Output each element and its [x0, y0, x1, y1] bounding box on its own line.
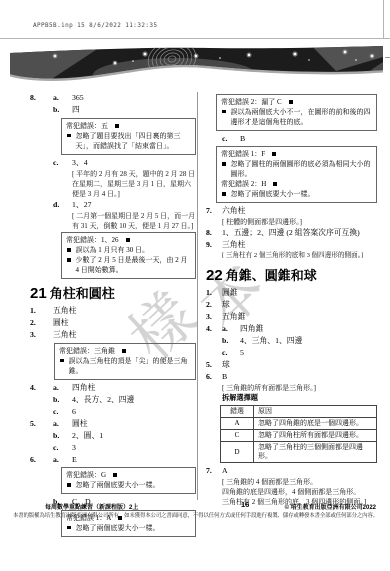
mc-analysis-table: 錯選 原因 A 忽略了四角錐的底是一個四邊形。 C 忽略了四角柱所有面都是四邊形… [220, 405, 377, 463]
answer-text: 三角柱 [53, 329, 76, 341]
table-cell-reason: 忽略了四角錐的底是一個四邊形。 [254, 418, 377, 430]
trim-line-horizontal [0, 38, 390, 39]
bullet-icon [67, 526, 71, 530]
table-row: D 忽略了三角柱的三個側面都是四邊形。 [221, 442, 377, 463]
answer-21-4b-row: b. 4、長方、2、四邊 [30, 394, 196, 406]
answer-text: 五角錐 [222, 311, 245, 323]
error-box-title-row: 常犯錯誤：五 [66, 121, 191, 131]
answer-22-4a-row: 4. a. 四角錐 [206, 323, 377, 335]
part-label: a. [53, 92, 72, 104]
answer-explanation: [ 三角錐的所有面都是三角形。] [222, 383, 377, 393]
error-box-title-row: 常犯錯誤：1、26 [66, 235, 191, 245]
part-label: b. [53, 394, 72, 406]
answer-text: 四 [72, 104, 80, 116]
error-box-title: 常犯錯誤：三角錐 [59, 346, 115, 356]
mc-analysis-label: 拆解選擇題 [222, 393, 377, 404]
bullet-icon [222, 110, 226, 114]
answer-22-4c-row: c. 5 [206, 347, 377, 359]
answer-21-9-row: 9. 三角柱 [206, 239, 377, 251]
part-label: a. [53, 382, 72, 394]
error-box-item-text: 誤以為 1 月只有 30 日。 [76, 245, 150, 255]
part-label: c. [53, 442, 72, 454]
answer-explanation: [ 三角柱有 2 個三角形的底和 3 個四邊形的側面。] [222, 251, 377, 261]
answer-text: 1、五邊；2、四邊 (2 組答案次序可互換) [222, 227, 360, 239]
spacer [30, 394, 53, 406]
question-number: 2. [206, 299, 222, 311]
answer-text: 三角柱 [222, 239, 245, 251]
trim-line-vertical [383, 0, 384, 38]
square-marker-icon [118, 516, 122, 520]
left-column: 8. a. 365 b. 四 常犯錯誤：五 忽略了題目要找出「四日裏的第三天」，… [30, 92, 196, 539]
answer-text: 1、27 [72, 199, 92, 211]
spacer [30, 104, 53, 116]
common-error-box: 常犯錯誤 1：F 忽略了圓柱的兩個圓形的底必須為相同大小的圓形。 常犯錯誤 2：… [216, 146, 377, 203]
section-21-heading: 21角柱和圓柱 [30, 286, 196, 301]
answer-22-5-row: 5. 球 [206, 359, 377, 371]
question-number: 3. [30, 329, 53, 341]
square-marker-icon [113, 473, 117, 477]
answer-21-7-row: 7. 六角柱 [206, 205, 377, 217]
spacer [30, 442, 53, 454]
square-marker-icon [122, 349, 126, 353]
answer-22-7-row: 7. A [206, 465, 377, 477]
error-box-item: 誤以為 1 月只有 30 日。 [66, 245, 191, 255]
answer-text: 圓柱 [72, 418, 88, 430]
spacer [30, 496, 53, 508]
table-cell-reason: 忽略了三角柱的三個側面都是四邊形。 [254, 442, 377, 463]
common-error-box: 常犯錯誤 1：A 忽略了兩個底要大小一樣。 [61, 510, 196, 537]
square-marker-icon [289, 100, 293, 104]
spacer [206, 347, 222, 359]
error-box-item: 忽略了兩個底要大小一樣。 [221, 189, 372, 199]
answer-8c-row: c. 3、4 [30, 157, 196, 169]
answer-text: 球 [222, 359, 230, 371]
common-error-box: 常犯錯誤 2：漏了 C 誤以為兩個底大小不一，在圖形的前和後的四邊形才是這個角柱… [216, 94, 377, 131]
table-cell-choice: D [221, 442, 254, 463]
section-title: 角錐、圓錐和球 [226, 268, 317, 283]
table-row: A 忽略了四角錐的底是一個四邊形。 [221, 418, 377, 430]
part-label: a. [53, 418, 72, 430]
answer-text: 2、圓、1 [72, 430, 103, 442]
answer-21-5b-row: b. 2、圓、1 [30, 430, 196, 442]
right-column: 常犯錯誤 2：漏了 C 誤以為兩個底大小不一，在圖形的前和後的四邊形才是這個角柱… [206, 92, 377, 507]
print-slug: APPB5B.inp 15 8/6/2022 11:32:35 [33, 22, 157, 29]
table-row: C 忽略了四角柱所有面都是四邊形。 [221, 430, 377, 442]
common-error-box: 常犯錯誤：五 忽略了題目要找出「四日裏的第三天」，而錯誤找了「結束當日」。 [61, 118, 196, 155]
square-marker-icon [115, 124, 119, 128]
error-box-item-text: 忽略了兩個底要大小一樣。 [231, 189, 315, 199]
spacer [206, 133, 222, 145]
error-box-title: 常犯錯誤 2：H [221, 179, 266, 189]
spacer [206, 335, 222, 347]
textbook-answer-page: APPB5B.inp 15 8/6/2022 11:32:35 [0, 0, 390, 571]
common-error-box: 常犯錯誤：G 忽略了兩個底要大小一樣。 [61, 467, 196, 494]
answer-8b-row: b. 四 [30, 104, 196, 116]
question-number: 4. [30, 382, 53, 394]
answer-text: 五角柱 [53, 305, 76, 317]
question-number: 4. [206, 323, 222, 335]
part-label: b. [53, 104, 72, 116]
answer-21-8-row: 8. 1、五邊；2、四邊 (2 組答案次序可互換) [206, 227, 377, 239]
bullet-icon [60, 359, 64, 363]
answer-text: E [72, 454, 77, 466]
spacer [30, 199, 53, 211]
answer-text: 4、長方、2、四邊 [72, 394, 134, 406]
question-number: 1. [30, 305, 53, 317]
section-title: 角柱和圓柱 [50, 286, 115, 301]
answer-22-1-row: 1. 圓錐 [206, 287, 377, 299]
answer-text: 3 [72, 442, 76, 454]
answer-21-4c-row: c. 6 [30, 406, 196, 418]
answer-explanation: [ 平年的 2 月有 28 天，題中的 2 月 28 日在星期二，星期三是 3 … [72, 169, 196, 199]
table-header-choice: 錯選 [221, 406, 254, 418]
table-cell-reason: 忽略了四角柱所有面都是四邊形。 [254, 430, 377, 442]
part-label: a. [53, 454, 72, 466]
error-box-title-row: 常犯錯誤 1：A [66, 513, 191, 523]
answer-text: 4、三角、1、四邊 [240, 335, 302, 347]
section-number: 21 [30, 285, 47, 302]
table-cell-choice: C [221, 430, 254, 442]
bullet-icon [222, 162, 226, 166]
error-box-item: 少數了 2 月 5 日是最後一天，由 2 月 4 日開始數算。 [66, 255, 191, 275]
answer-21-5c-row: c. 3 [30, 442, 196, 454]
bullet-icon [67, 248, 71, 252]
question-number: 3. [206, 311, 222, 323]
column-divider [197, 92, 198, 500]
spacer [30, 157, 53, 169]
common-error-box: 常犯錯誤：1、26 誤以為 1 月只有 30 日。 少數了 2 月 5 日是最後… [61, 232, 196, 279]
answer-explanation: [ 柱體的側面都是四邊形。] [222, 217, 377, 227]
error-box-title: 常犯錯誤：1、26 [66, 235, 119, 245]
error-box-title-row: 常犯錯誤：三角錐 [59, 346, 191, 356]
error-box-title: 常犯錯誤：五 [66, 121, 108, 131]
answer-text: 圓柱 [53, 317, 69, 329]
table-header-row: 錯選 原因 [221, 406, 377, 418]
answer-22-2-row: 2. 球 [206, 299, 377, 311]
answer-22-6-row: 6. B [206, 371, 377, 383]
answer-text: 四角錐 [240, 323, 263, 335]
answer-22-3-row: 3. 五角錐 [206, 311, 377, 323]
part-label: b. [53, 496, 72, 508]
section-number: 22 [206, 267, 223, 284]
answer-21-6b-row: b. C、D [30, 496, 196, 508]
error-box-item: 忽略了題目要找出「四日裏的第三天」，而錯誤找了「結束當日」。 [66, 131, 191, 151]
answer-text: 6 [72, 406, 76, 418]
error-box-item-text: 忽略了題目要找出「四日裏的第三天」，而錯誤找了「結束當日」。 [76, 131, 192, 151]
part-label: d. [53, 199, 72, 211]
answer-21-4a-row: 4. a. 四角柱 [30, 382, 196, 394]
answer-text: 六角柱 [222, 205, 245, 217]
answer-8a-row: 8. a. 365 [30, 92, 196, 104]
answer-text: 3、4 [72, 157, 88, 169]
answer-text: 圓錐 [222, 287, 238, 299]
answer-text: 球 [222, 299, 230, 311]
square-marker-icon [126, 238, 130, 242]
error-box-item: 忽略了兩個底要大小一樣。 [66, 480, 191, 490]
error-box-title: 常犯錯誤：G [66, 470, 106, 480]
error-box-item-text: 忽略了兩個底要大小一樣。 [76, 523, 160, 533]
question-number: 5. [30, 418, 53, 430]
bullet-icon [67, 483, 71, 487]
section-22-heading: 22角錐、圓錐和球 [206, 268, 377, 283]
part-label: c. [53, 157, 72, 169]
part-label: a. [222, 323, 240, 335]
error-box-item-text: 少數了 2 月 5 日是最後一天，由 2 月 4 日開始數算。 [76, 255, 192, 275]
spacer [30, 406, 53, 418]
error-box-item: 誤以為兩個底大小不一，在圖形的前和後的四邊形才是這個角柱的底。 [221, 107, 372, 127]
error-box-item-text: 忽略了圓柱的兩個圓形的底必須為相同大小的圓形。 [231, 159, 373, 179]
bullet-icon [67, 134, 71, 138]
part-label: c. [222, 347, 240, 359]
error-box-title-row: 常犯錯誤 2：H [221, 179, 372, 189]
answer-explanation: [ 二月第一個星期日是 2 月 5 日，而一月有 31 天，倒數 10 天，便是… [72, 211, 196, 231]
answer-21-6a-row: 6. a. E [30, 454, 196, 466]
part-label: b. [53, 430, 72, 442]
question-number: 7. [206, 205, 222, 217]
error-box-item: 忽略了兩個底要大小一樣。 [66, 523, 191, 533]
table-cell-choice: A [221, 418, 254, 430]
answer-explanation-line: [ 三角錐的 4 個面都是三角形。 [222, 477, 377, 487]
error-box-title: 常犯錯誤 1：A [66, 513, 111, 523]
answer-21-6c-row: c. B [206, 133, 377, 145]
question-number: 5. [206, 359, 222, 371]
answer-text: 5 [240, 347, 244, 359]
spacer [30, 430, 53, 442]
part-label: c. [222, 133, 240, 145]
trim-dash [385, 57, 390, 58]
common-error-box: 常犯錯誤：三角錐 誤以為三角柱的頂是「尖」的便是三角錐。 [54, 343, 196, 380]
part-label: c. [53, 406, 72, 418]
answer-text: B [240, 133, 245, 145]
question-number: 6. [206, 371, 222, 383]
question-number: 7. [206, 465, 222, 477]
answer-text: 365 [72, 92, 84, 104]
answer-explanation-line: 四角錐的底是四邊形，4 個側面都是三角形。 [222, 487, 377, 497]
error-box-title: 常犯錯誤 2：漏了 C [221, 97, 282, 107]
answer-explanation-line: 三角柱有 2 個三角形的底、3 個四邊形的側面。] [222, 497, 377, 507]
error-box-item-text: 忽略了兩個底要大小一樣。 [76, 480, 160, 490]
answer-8d-row: d. 1、27 [30, 199, 196, 211]
answer-21-1-row: 1. 五角柱 [30, 305, 196, 317]
banner-graphic [10, 44, 383, 90]
error-box-item: 忽略了圓柱的兩個圓形的底必須為相同大小的圓形。 [221, 159, 372, 179]
answer-text: C、D [72, 496, 91, 508]
question-number: 1. [206, 287, 222, 299]
part-label: b. [222, 335, 240, 347]
question-number: 8. [30, 92, 53, 104]
answer-text: A [222, 465, 228, 477]
error-box-item-text: 誤以為三角柱的頂是「尖」的便是三角錐。 [69, 356, 192, 376]
answer-text: B [222, 371, 227, 383]
table-header-reason: 原因 [254, 406, 377, 418]
square-marker-icon [273, 182, 277, 186]
question-number: 2. [30, 317, 53, 329]
bullet-icon [222, 192, 226, 196]
bullet-icon [67, 258, 71, 262]
question-number: 9. [206, 239, 222, 251]
error-box-title-row: 常犯錯誤 1：F [221, 149, 372, 159]
answer-21-5a-row: 5. a. 圓柱 [30, 418, 196, 430]
answer-22-4b-row: b. 4、三角、1、四邊 [206, 335, 377, 347]
answer-21-2-row: 2. 圓柱 [30, 317, 196, 329]
error-box-title: 常犯錯誤 1：F [221, 149, 265, 159]
error-box-title-row: 常犯錯誤 2：漏了 C [221, 97, 372, 107]
answer-text: 四角柱 [72, 382, 95, 394]
question-number: 6. [30, 454, 53, 466]
error-box-title-row: 常犯錯誤：G [66, 470, 191, 480]
question-number: 8. [206, 227, 222, 239]
error-box-item: 誤以為三角柱的頂是「尖」的便是三角錐。 [59, 356, 191, 376]
error-box-item-text: 誤以為兩個底大小不一，在圖形的前和後的四邊形才是這個角柱的底。 [231, 107, 373, 127]
square-marker-icon [272, 152, 276, 156]
answer-21-3-row: 3. 三角柱 [30, 329, 196, 341]
